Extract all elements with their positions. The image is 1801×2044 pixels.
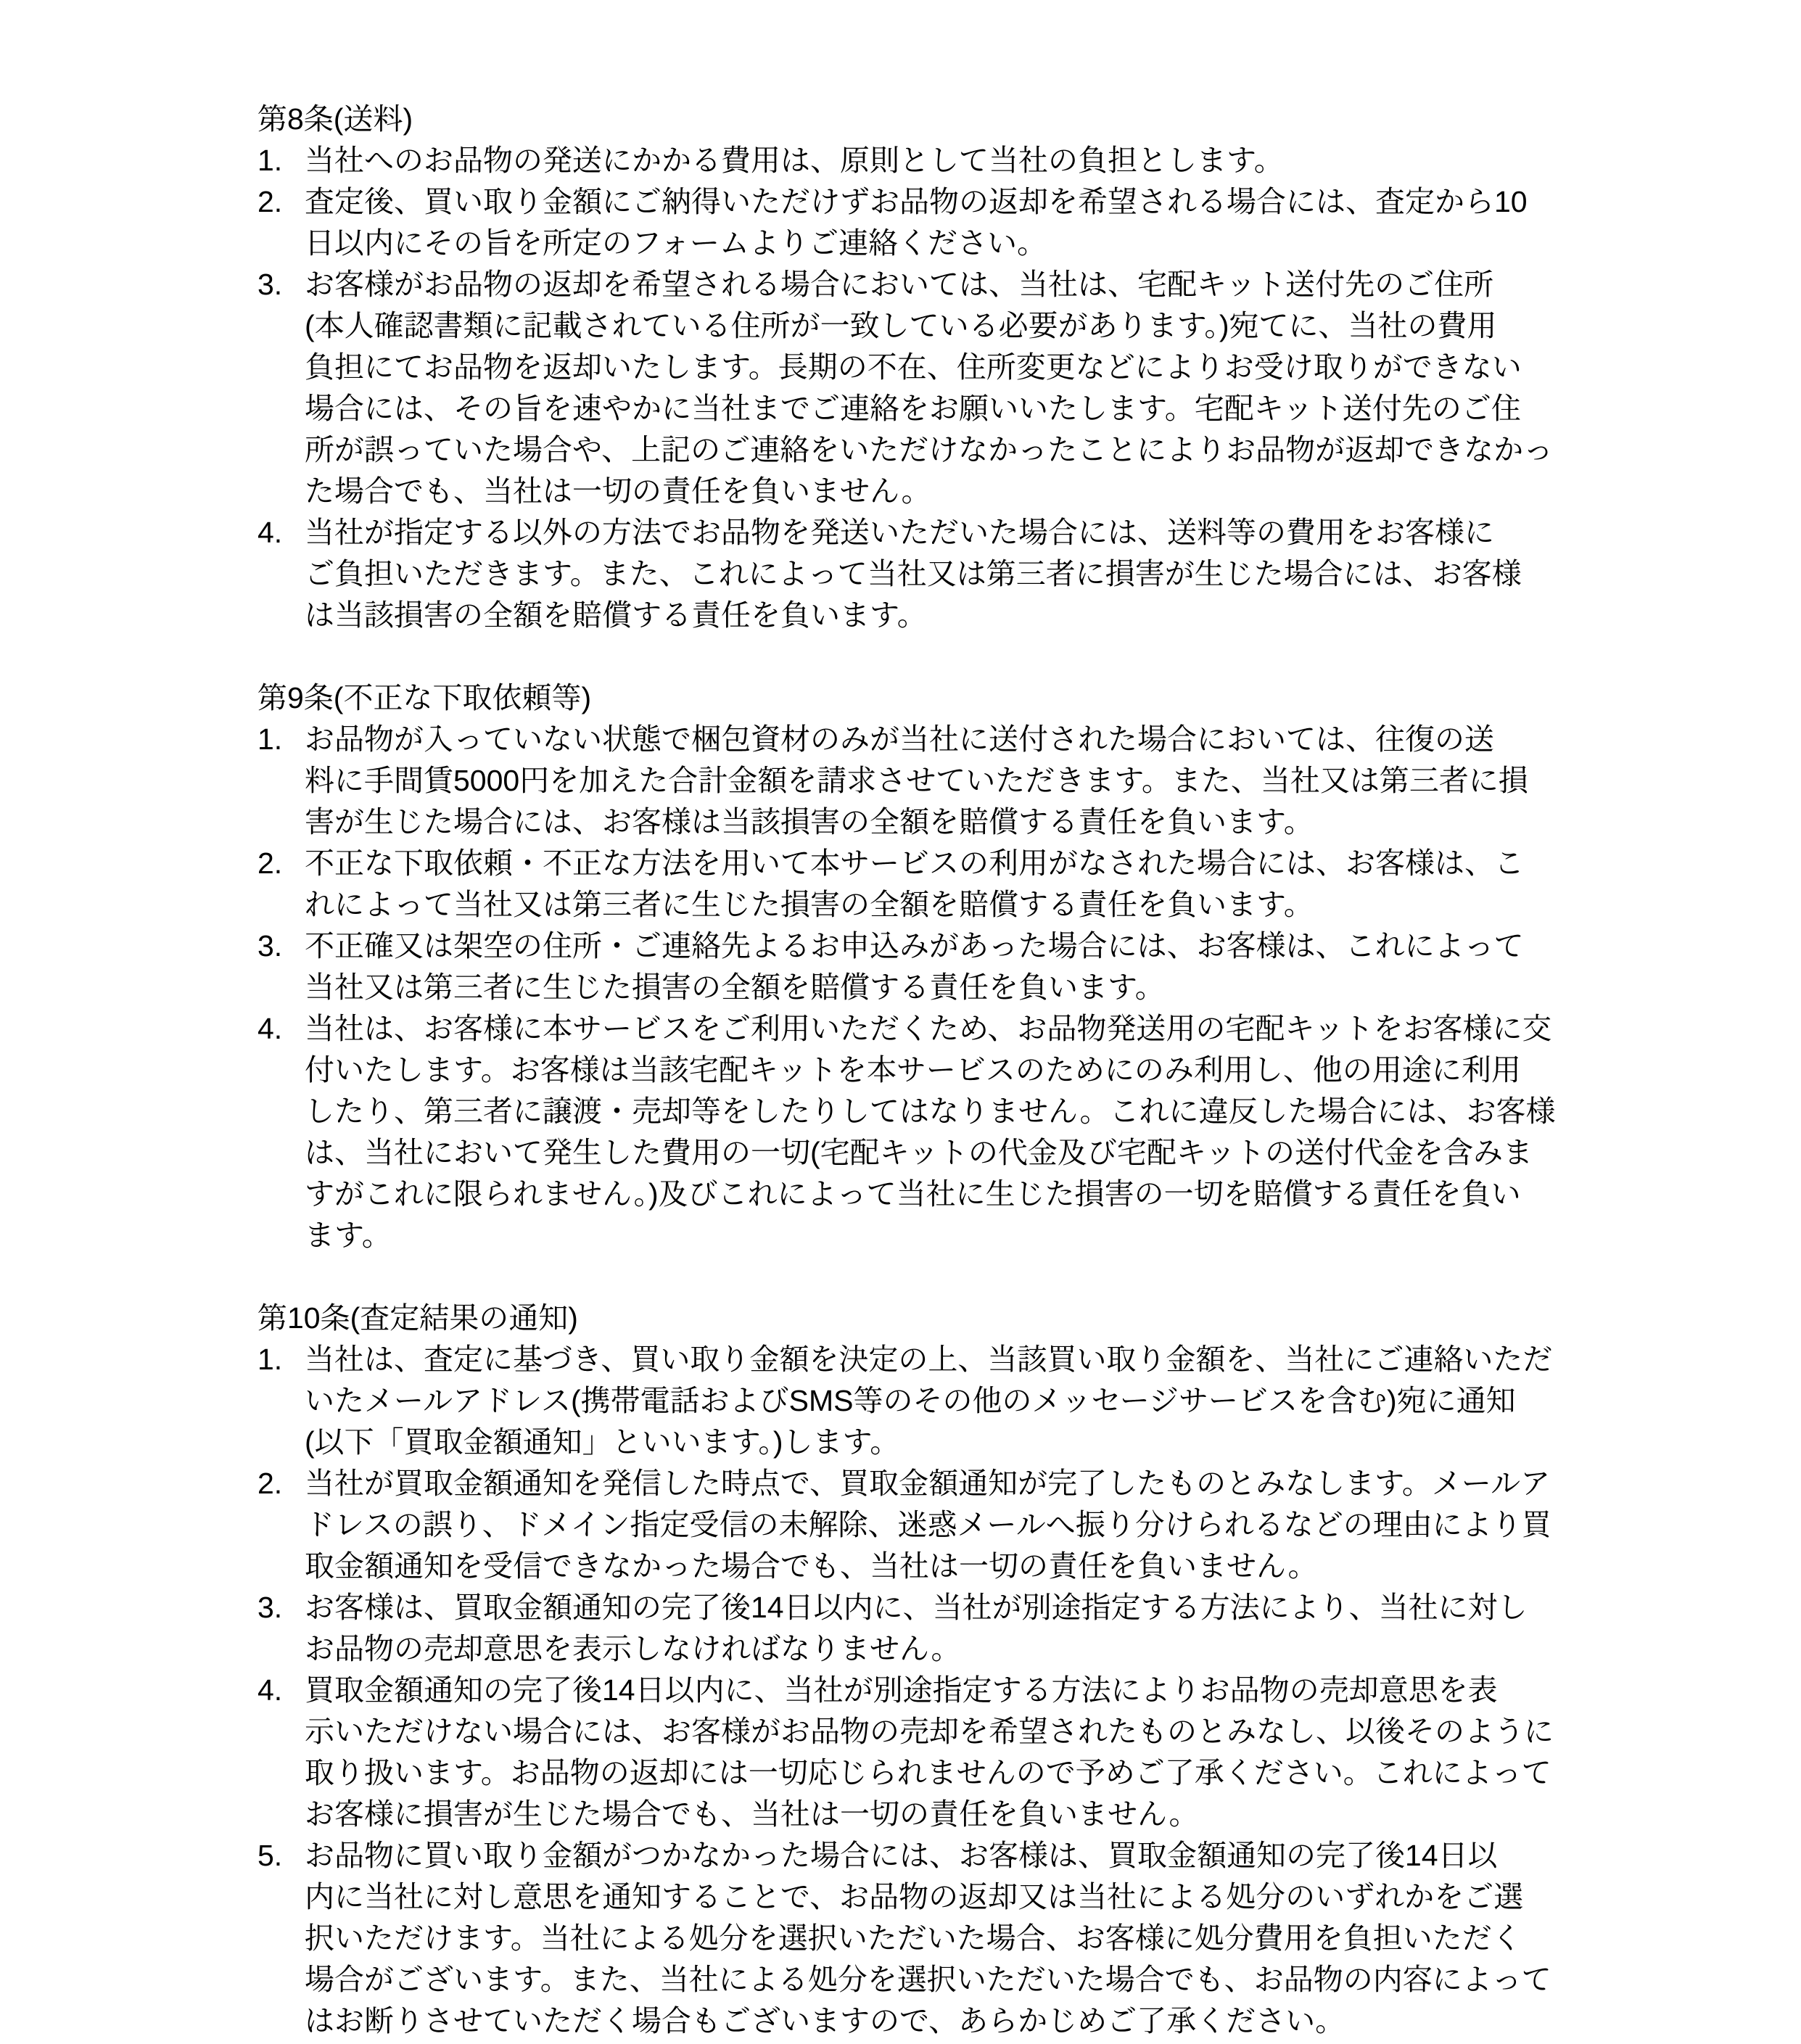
text-line: 当社は、査定に基づき、買い取り金額を決定の上、当該買い取り金額を、当社にご連絡い… [305, 1339, 1598, 1380]
text-line: はお断りさせていただく場合もございますので、あらかじめご了承ください。 [305, 2000, 1598, 2042]
item-text: 当社が買取金額通知を発信した時点で、買取金額通知が完了したものとみなします。メー… [305, 1463, 1598, 1587]
text-line: 買取金額通知の完了後14日以内に、当社が別途指定する方法によりお品物の売却意思を… [305, 1670, 1598, 1711]
list-item: 2. 当社が買取金額通知を発信した時点で、買取金額通知が完了したものとみなします… [257, 1463, 1598, 1587]
item-number: 2. [257, 843, 305, 884]
list-item: 2. 不正な下取依頼・不正な方法を用いて本サービスの利用がなされた場合には、お客… [257, 843, 1598, 926]
text-line: 場合には、その旨を速やかに当社までご連絡をお願いいたします。宅配キット送付先のご… [305, 388, 1598, 429]
terms-content: 第8条(送料) 1. 当社へのお品物の発送にかかる費用は、原則として当社の負担と… [257, 99, 1598, 2042]
item-text: お品物に買い取り金額がつかなかった場合には、お客様は、買取金額通知の完了後14日… [305, 1835, 1598, 2042]
item-text: 不正な下取依頼・不正な方法を用いて本サービスの利用がなされた場合には、お客様は、… [305, 843, 1598, 926]
text-line: 択いただけます。当社による処分を選択いただいた場合、お客様に処分費用を負担いただ… [305, 1918, 1598, 1959]
text-line: 当社へのお品物の発送にかかる費用は、原則として当社の負担とします。 [305, 140, 1598, 181]
item-text: 当社へのお品物の発送にかかる費用は、原則として当社の負担とします。 [305, 140, 1598, 181]
text-line: 内に当社に対し意思を通知することで、お品物の返却又は当社による処分のいずれかをご… [305, 1876, 1598, 1918]
text-line: (以下「買取金額通知」といいます。)します。 [305, 1422, 1598, 1463]
item-number: 4. [257, 1670, 305, 1711]
text-line: お客様は、買取金額通知の完了後14日以内に、当社が別途指定する方法により、当社に… [305, 1587, 1598, 1628]
item-number: 3. [257, 926, 305, 967]
text-line: お品物に買い取り金額がつかなかった場合には、お客様は、買取金額通知の完了後14日… [305, 1835, 1598, 1876]
text-line: ドレスの誤り、ドメイン指定受信の未解除、迷惑メールへ振り分けられるなどの理由によ… [305, 1504, 1598, 1546]
text-line: 査定後、買い取り金額にご納得いただけずお品物の返却を希望される場合には、査定から… [305, 181, 1598, 223]
text-line: 当社は、お客様に本サービスをご利用いただくため、お品物発送用の宅配キットをお客様… [305, 1008, 1598, 1050]
text-line: (本人確認書類に記載されている住所が一致している必要があります。)宛てに、当社の… [305, 305, 1598, 347]
item-text: 当社は、お客様に本サービスをご利用いただくため、お品物発送用の宅配キットをお客様… [305, 1008, 1598, 1256]
list-item: 1. お品物が入っていない状態で梱包資材のみが当社に送付された場合においては、往… [257, 719, 1598, 843]
item-text: 当社は、査定に基づき、買い取り金額を決定の上、当該買い取り金額を、当社にご連絡い… [305, 1339, 1598, 1463]
item-number: 2. [257, 1463, 305, 1504]
text-line: いたメールアドレス(携帯電話およびSMS等のその他のメッセージサービスを含む)宛… [305, 1380, 1598, 1422]
text-line: た場合でも、当社は一切の責任を負いません。 [305, 471, 1598, 512]
section-heading: 第10条(査定結果の通知) [257, 1298, 1598, 1339]
item-number: 2. [257, 181, 305, 223]
text-line: 取り扱います。お品物の返却には一切応じられませんので予めご了承ください。これによ… [305, 1752, 1598, 1794]
list-item: 5. お品物に買い取り金額がつかなかった場合には、お客様は、買取金額通知の完了後… [257, 1835, 1598, 2042]
item-number: 3. [257, 1587, 305, 1628]
text-line: 場合がございます。また、当社による処分を選択いただいた場合でも、お品物の内容によ… [305, 1959, 1598, 2000]
item-number: 4. [257, 512, 305, 553]
list-item: 4. 当社は、お客様に本サービスをご利用いただくため、お品物発送用の宅配キットを… [257, 1008, 1598, 1256]
section-heading: 第8条(送料) [257, 99, 1598, 140]
terms-section: 第8条(送料) 1. 当社へのお品物の発送にかかる費用は、原則として当社の負担と… [257, 99, 1598, 636]
list-item: 2. 査定後、買い取り金額にご納得いただけずお品物の返却を希望される場合には、査… [257, 181, 1598, 264]
text-line: は、当社において発生した費用の一切(宅配キットの代金及び宅配キットの送付代金を含… [305, 1132, 1598, 1174]
text-line: 当社又は第三者に生じた損害の全額を賠償する責任を負います。 [305, 967, 1598, 1008]
document-page: 第8条(送料) 1. 当社へのお品物の発送にかかる費用は、原則として当社の負担と… [0, 0, 1801, 2044]
text-line: 所が誤っていた場合や、上記のご連絡をいただけなかったことによりお品物が返却できな… [305, 429, 1598, 471]
text-line: ます。 [305, 1215, 1598, 1256]
item-number: 3. [257, 264, 305, 305]
section-items: 1. 当社は、査定に基づき、買い取り金額を決定の上、当該買い取り金額を、当社にご… [257, 1339, 1598, 2042]
text-line: すがこれに限られません。)及びこれによって当社に生じた損害の一切を賠償する責任を… [305, 1174, 1598, 1215]
item-text: 買取金額通知の完了後14日以内に、当社が別途指定する方法によりお品物の売却意思を… [305, 1670, 1598, 1835]
item-number: 4. [257, 1008, 305, 1050]
item-number: 1. [257, 719, 305, 760]
text-line: お客様がお品物の返却を希望される場合においては、当社は、宅配キット送付先のご住所 [305, 264, 1598, 305]
item-text: お客様がお品物の返却を希望される場合においては、当社は、宅配キット送付先のご住所… [305, 264, 1598, 512]
list-item: 1. 当社へのお品物の発送にかかる費用は、原則として当社の負担とします。 [257, 140, 1598, 181]
item-text: 不正確又は架空の住所・ご連絡先よるお申込みがあった場合には、お客様は、これによっ… [305, 926, 1598, 1008]
list-item: 4. 当社が指定する以外の方法でお品物を発送いただいた場合には、送料等の費用をお… [257, 512, 1598, 636]
list-item: 3. お客様は、買取金額通知の完了後14日以内に、当社が別途指定する方法により、… [257, 1587, 1598, 1670]
text-line: したり、第三者に譲渡・売却等をしたりしてはなりません。これに違反した場合には、お… [305, 1091, 1598, 1132]
text-line: 負担にてお品物を返却いたします。長期の不在、住所変更などによりお受け取りができな… [305, 347, 1598, 388]
list-item: 3. 不正確又は架空の住所・ご連絡先よるお申込みがあった場合には、お客様は、これ… [257, 926, 1598, 1008]
item-number: 1. [257, 1339, 305, 1380]
list-item: 1. 当社は、査定に基づき、買い取り金額を決定の上、当該買い取り金額を、当社にご… [257, 1339, 1598, 1463]
text-line: は当該損害の全額を賠償する責任を負います。 [305, 595, 1598, 636]
section-items: 1. 当社へのお品物の発送にかかる費用は、原則として当社の負担とします。 2. … [257, 140, 1598, 636]
text-line: 当社が買取金額通知を発信した時点で、買取金額通知が完了したものとみなします。メー… [305, 1463, 1598, 1504]
text-line: 当社が指定する以外の方法でお品物を発送いただいた場合には、送料等の費用をお客様に [305, 512, 1598, 553]
terms-section: 第10条(査定結果の通知) 1. 当社は、査定に基づき、買い取り金額を決定の上、… [257, 1298, 1598, 2042]
section-items: 1. お品物が入っていない状態で梱包資材のみが当社に送付された場合においては、往… [257, 719, 1598, 1256]
item-text: 査定後、買い取り金額にご納得いただけずお品物の返却を希望される場合には、査定から… [305, 181, 1598, 264]
text-line: 料に手間賃5000円を加えた合計金額を請求させていただきます。また、当社又は第三… [305, 760, 1598, 801]
text-line: 付いたします。お客様は当該宅配キットを本サービスのためにのみ利用し、他の用途に利… [305, 1050, 1598, 1091]
text-line: ご負担いただきます。また、これによって当社又は第三者に損害が生じた場合には、お客… [305, 553, 1598, 595]
text-line: 不正な下取依頼・不正な方法を用いて本サービスの利用がなされた場合には、お客様は、… [305, 843, 1598, 884]
text-line: お客様に損害が生じた場合でも、当社は一切の責任を負いません。 [305, 1794, 1598, 1835]
text-line: 不正確又は架空の住所・ご連絡先よるお申込みがあった場合には、お客様は、これによっ… [305, 926, 1598, 967]
item-text: お品物が入っていない状態で梱包資材のみが当社に送付された場合においては、往復の送… [305, 719, 1598, 843]
section-heading: 第9条(不正な下取依頼等) [257, 677, 1598, 719]
text-line: れによって当社又は第三者に生じた損害の全額を賠償する責任を負います。 [305, 884, 1598, 926]
item-number: 5. [257, 1835, 305, 1876]
item-text: 当社が指定する以外の方法でお品物を発送いただいた場合には、送料等の費用をお客様に… [305, 512, 1598, 636]
text-line: お品物の売却意思を表示しなければなりません。 [305, 1628, 1598, 1670]
list-item: 3. お客様がお品物の返却を希望される場合においては、当社は、宅配キット送付先の… [257, 264, 1598, 512]
text-line: 取金額通知を受信できなかった場合でも、当社は一切の責任を負いません。 [305, 1546, 1598, 1587]
text-line: 示いただけない場合には、お客様がお品物の売却を希望されたものとみなし、以後そのよ… [305, 1711, 1598, 1752]
text-line: 害が生じた場合には、お客様は当該損害の全額を賠償する責任を負います。 [305, 801, 1598, 843]
text-line: お品物が入っていない状態で梱包資材のみが当社に送付された場合においては、往復の送 [305, 719, 1598, 760]
item-number: 1. [257, 140, 305, 181]
item-text: お客様は、買取金額通知の完了後14日以内に、当社が別途指定する方法により、当社に… [305, 1587, 1598, 1670]
list-item: 4. 買取金額通知の完了後14日以内に、当社が別途指定する方法によりお品物の売却… [257, 1670, 1598, 1835]
terms-section: 第9条(不正な下取依頼等) 1. お品物が入っていない状態で梱包資材のみが当社に… [257, 677, 1598, 1256]
text-line: 日以内にその旨を所定のフォームよりご連絡ください。 [305, 223, 1598, 264]
